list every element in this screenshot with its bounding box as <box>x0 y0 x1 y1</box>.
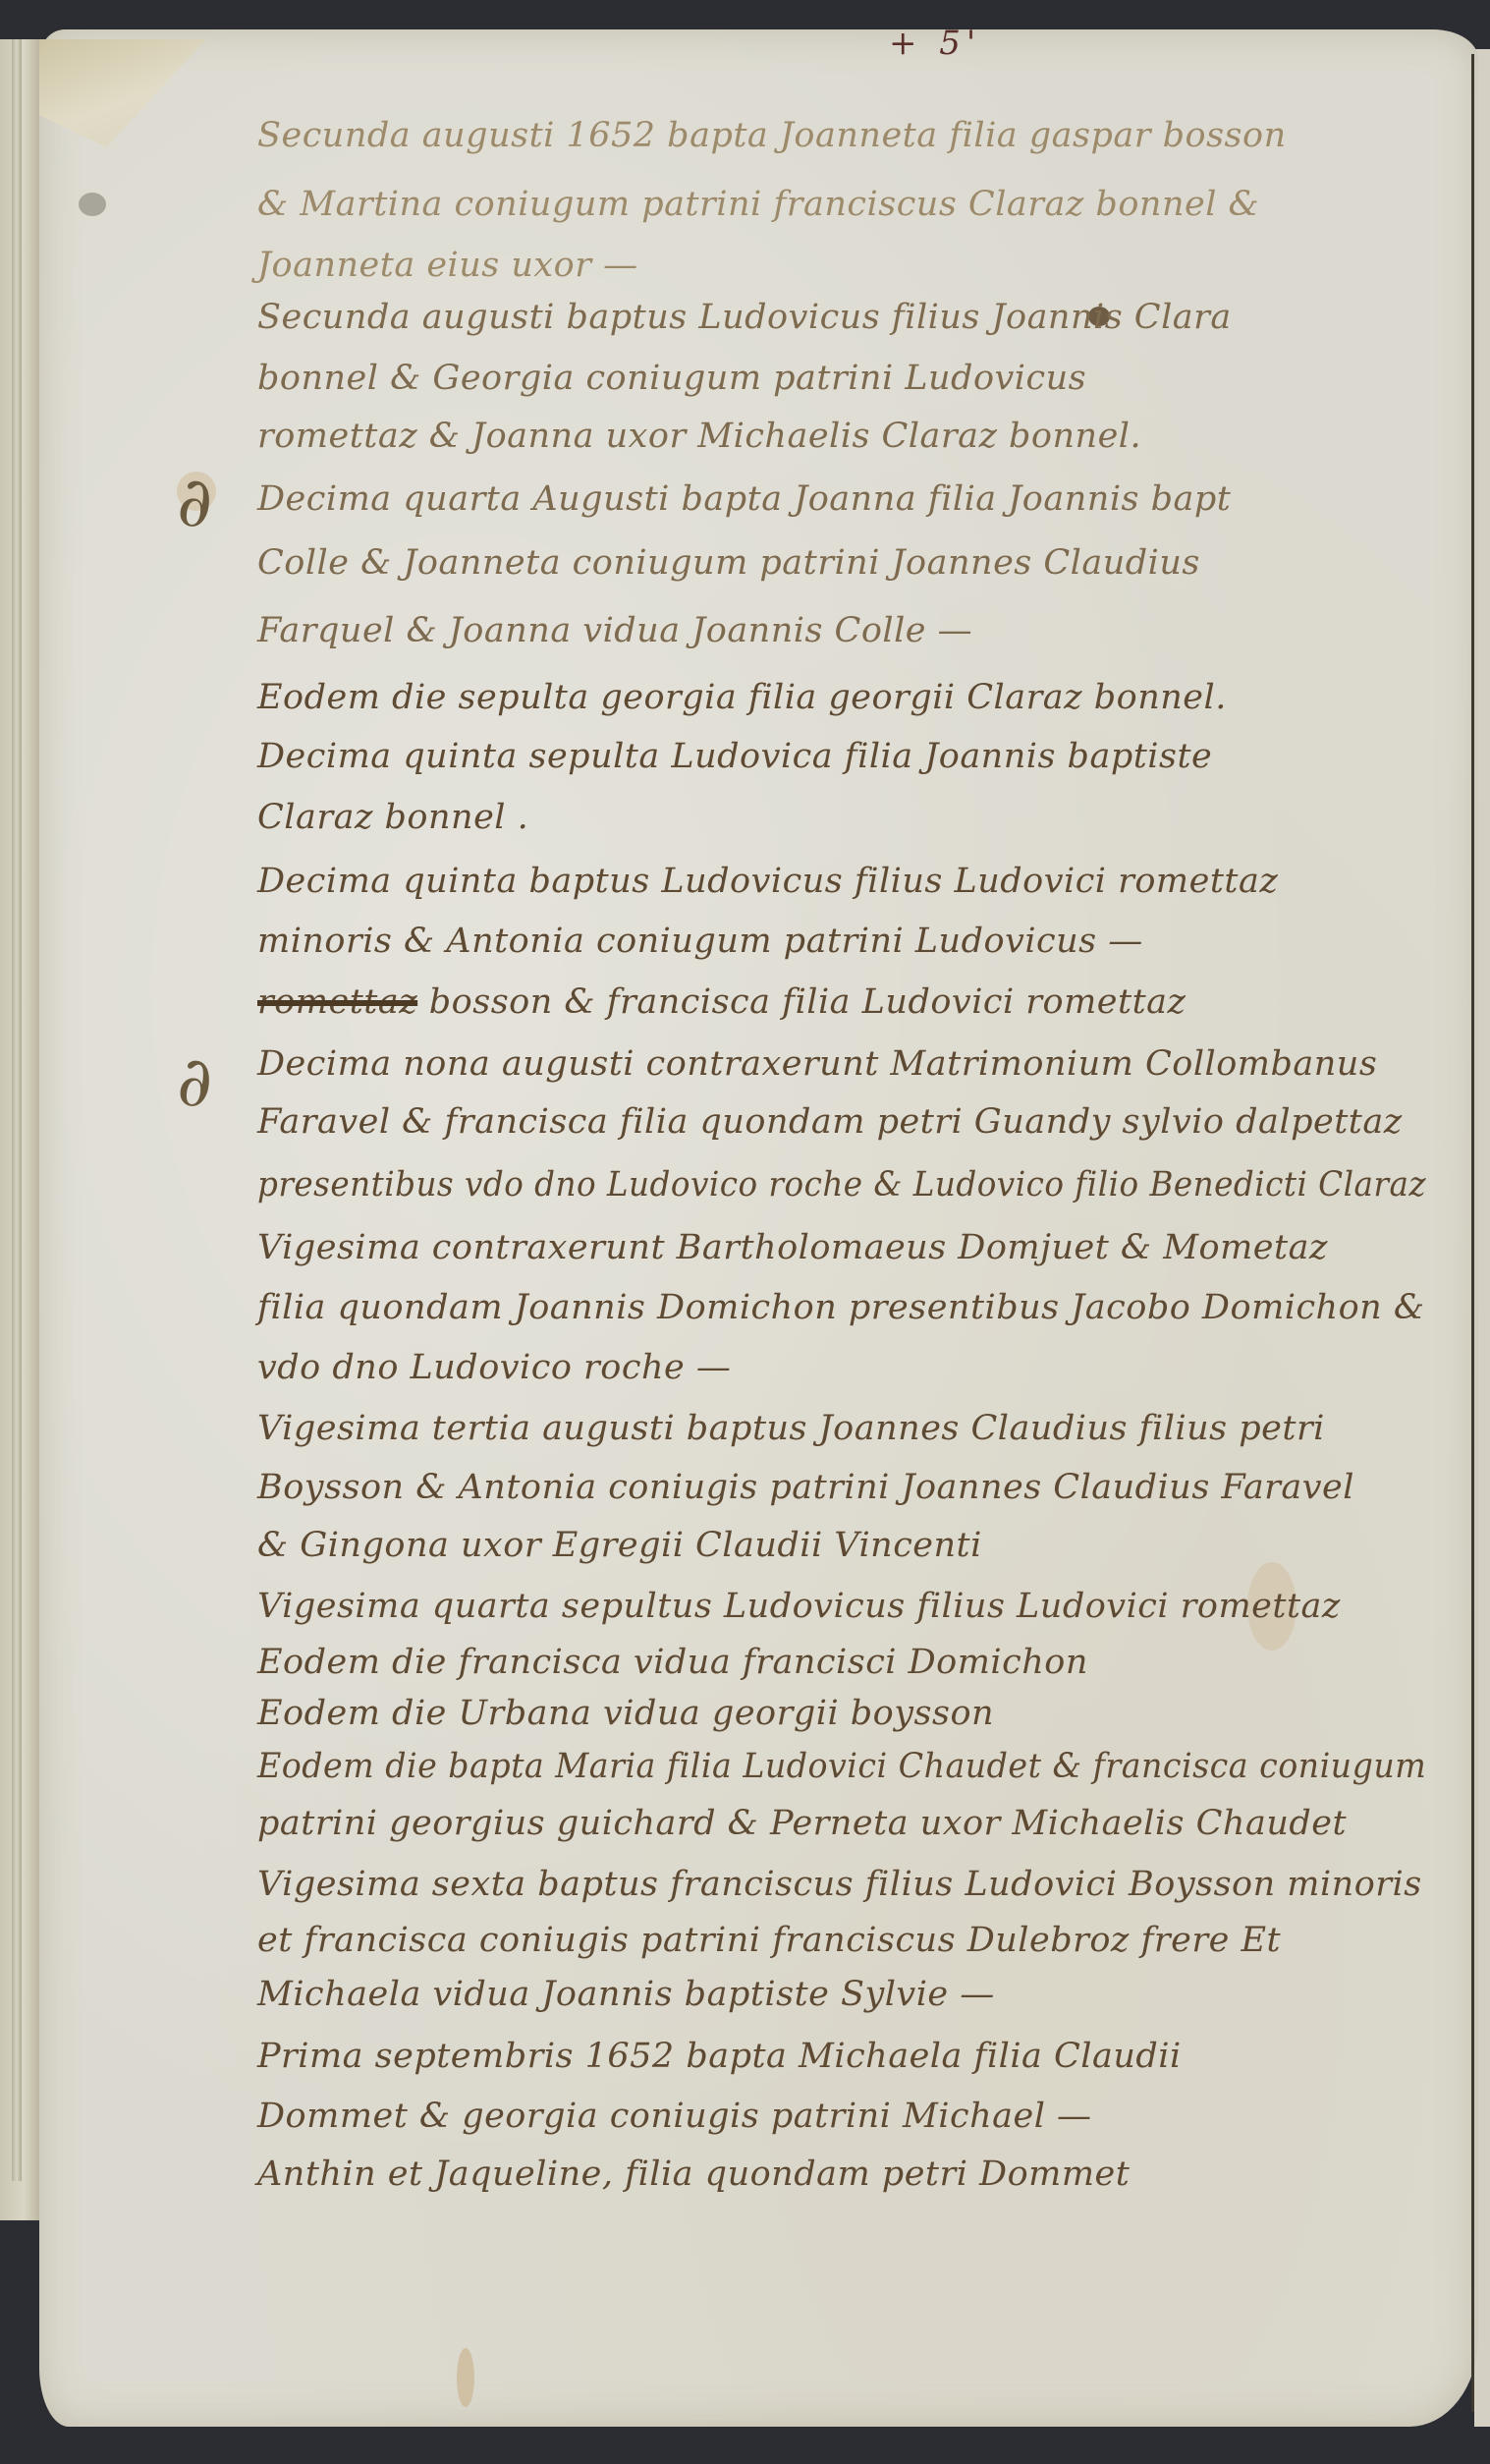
register-line: Faravel & francisca filia quondam petri … <box>257 1102 1403 1142</box>
register-line: Secunda augusti 1652 bapta Joanneta fili… <box>257 116 1287 155</box>
register-line: et francisca coniugis patrini franciscus… <box>257 1921 1281 1960</box>
register-line: patrini georgius guichard & Perneta uxor… <box>257 1804 1347 1843</box>
register-line: filia quondam Joannis Domichon presentib… <box>257 1288 1425 1327</box>
water-stain <box>457 2348 474 2407</box>
register-line: Dommet & georgia coniugis patrini Michae… <box>257 2097 1092 2136</box>
register-line: & Martina coniugum patrini franciscus Cl… <box>257 185 1259 224</box>
register-line: Prima septembris 1652 bapta Michaela fil… <box>257 2037 1182 2076</box>
register-line: Vigesima sexta baptus franciscus filius … <box>257 1865 1422 1904</box>
register-line: Eodem die bapta Maria filia Ludovici Cha… <box>257 1747 1426 1786</box>
register-line: presentibus vdo dno Ludovico roche & Lud… <box>257 1165 1426 1204</box>
register-line: Vigesima contraxerunt Bartholomaeus Domj… <box>257 1228 1328 1267</box>
page-number: + 5' <box>889 24 981 63</box>
register-line: Vigesima quarta sepultus Ludovicus filiu… <box>257 1587 1341 1626</box>
register-line: Eodem die sepulta georgia filia georgii … <box>257 678 1227 717</box>
register-line: Decima nona augusti contraxerunt Matrimo… <box>257 1044 1377 1084</box>
register-line: Decima quinta baptus Ludovicus filius Lu… <box>257 862 1278 901</box>
ink-blot <box>79 193 106 216</box>
register-line: Eodem die Urbana vidua georgii boysson <box>257 1694 994 1733</box>
struck-word: romettaz <box>257 982 417 1022</box>
register-line: bonnel & Georgia coniugum patrini Ludovi… <box>257 359 1086 398</box>
register-line: Michaela vidua Joannis baptiste Sylvie — <box>257 1975 995 2014</box>
margin-flourish: ∂ <box>177 1041 212 1122</box>
register-line: Decima quinta sepulta Ludovica filia Joa… <box>257 737 1212 776</box>
margin-flourish: ∂ <box>177 462 212 542</box>
register-line: minoris & Antonia coniugum patrini Ludov… <box>257 922 1143 961</box>
register-line: Joanneta eius uxor — <box>257 246 638 285</box>
register-line: romettaz bosson & francisca filia Ludovi… <box>257 982 1186 1022</box>
register-line: Eodem die francisca vidua francisci Domi… <box>257 1643 1088 1682</box>
register-line: Claraz bonnel . <box>257 798 528 837</box>
binding-strip <box>12 39 22 2181</box>
page-edge-shadow <box>1471 54 1474 2412</box>
register-line: Secunda augusti baptus Ludovicus filius … <box>257 298 1232 337</box>
register-line: Colle & Joanneta coniugum patrini Joanne… <box>257 543 1200 583</box>
register-line: Decima quarta Augusti bapta Joanna filia… <box>257 479 1231 519</box>
register-line: Vigesima tertia augusti baptus Joannes C… <box>257 1409 1325 1448</box>
register-line: vdo dno Ludovico roche — <box>257 1348 731 1387</box>
register-line: romettaz & Joanna uxor Michaelis Claraz … <box>257 417 1141 456</box>
register-line: Anthin et Jaqueline, filia quondam petri… <box>257 2155 1130 2194</box>
register-line: Farquel & Joanna vidua Joannis Colle — <box>257 611 972 650</box>
register-line: Boysson & Antonia coniugis patrini Joann… <box>257 1468 1354 1507</box>
register-line: & Gingona uxor Egregii Claudii Vincenti <box>257 1526 982 1565</box>
